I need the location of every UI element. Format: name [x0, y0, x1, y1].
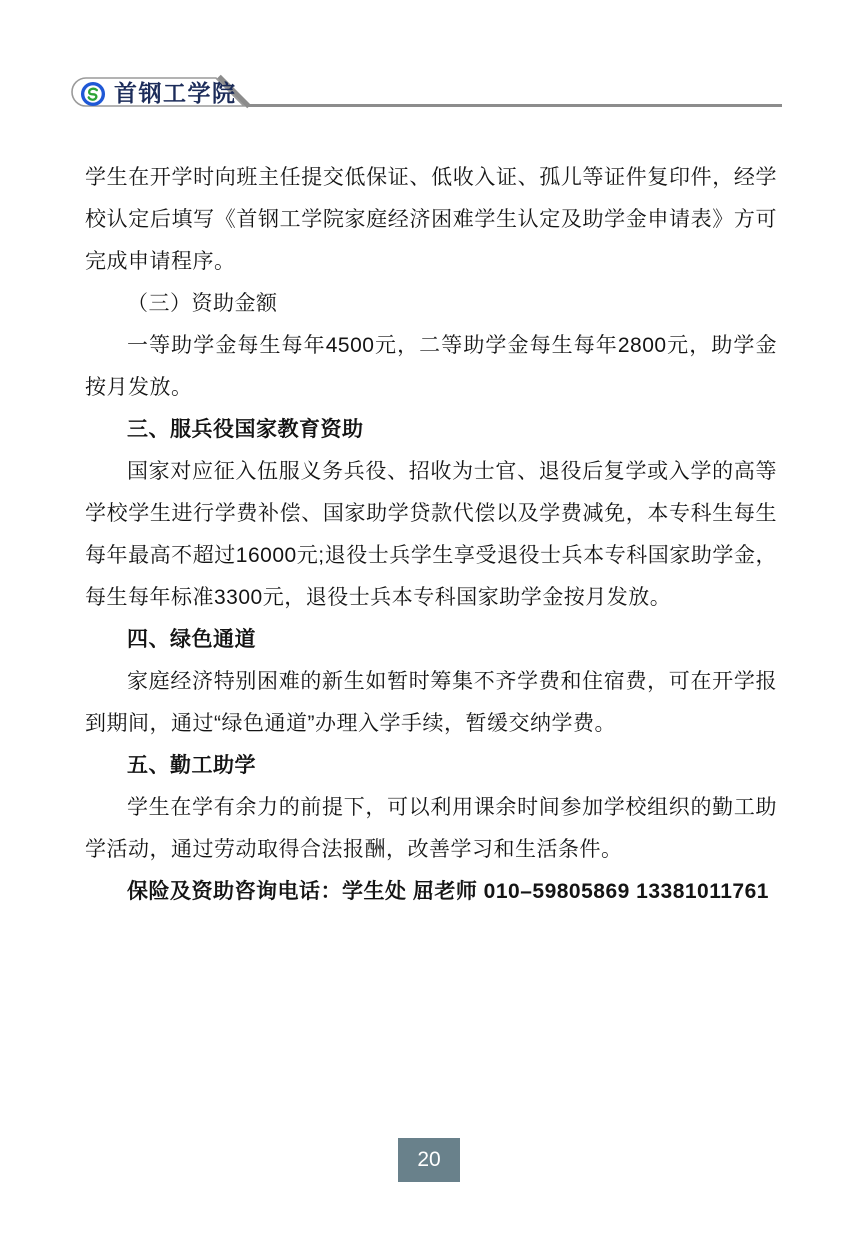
document-page: 首钢工学院 学生在开学时向班主任提交低保证、低收入证、孤儿等证件复印件，经学校认… [0, 0, 857, 1240]
school-logo-icon [80, 81, 106, 107]
paragraph-green-channel: 家庭经济特别困难的新生如暂时筹集不齐学费和住宿费，可在开学报到期间，通过“绿色通… [85, 661, 777, 745]
paragraph-military-service-aid: 国家对应征入伍服义务兵役、招收为士官、退役后复学或入学的高等学校学生进行学费补偿… [85, 451, 777, 619]
page-body: 学生在开学时向班主任提交低保证、低收入证、孤儿等证件复印件，经学校认定后填写《首… [85, 157, 777, 913]
school-name: 首钢工学院 [114, 81, 237, 107]
paragraph-funding-amount: 一等助学金每生每年4500元，二等助学金每生每年2800元，助学金按月发放。 [85, 325, 777, 409]
section-heading-military-service-aid: 三、服兵役国家教育资助 [85, 409, 777, 451]
header: 首钢工学院 [80, 80, 237, 108]
section-heading-work-study: 五、勤工助学 [85, 745, 777, 787]
section-heading-green-channel: 四、绿色通道 [85, 619, 777, 661]
paragraph-continued: 学生在开学时向班主任提交低保证、低收入证、孤儿等证件复印件，经学校认定后填写《首… [85, 157, 777, 283]
subsection-heading-funding-amount: （三）资助金额 [85, 283, 777, 325]
page-number-badge: 20 [398, 1138, 460, 1182]
contact-line: 保险及资助咨询电话：学生处 屈老师 010–59805869 133810117… [85, 871, 777, 913]
paragraph-work-study: 学生在学有余力的前提下，可以利用课余时间参加学校组织的勤工助学活动，通过劳动取得… [85, 787, 777, 871]
